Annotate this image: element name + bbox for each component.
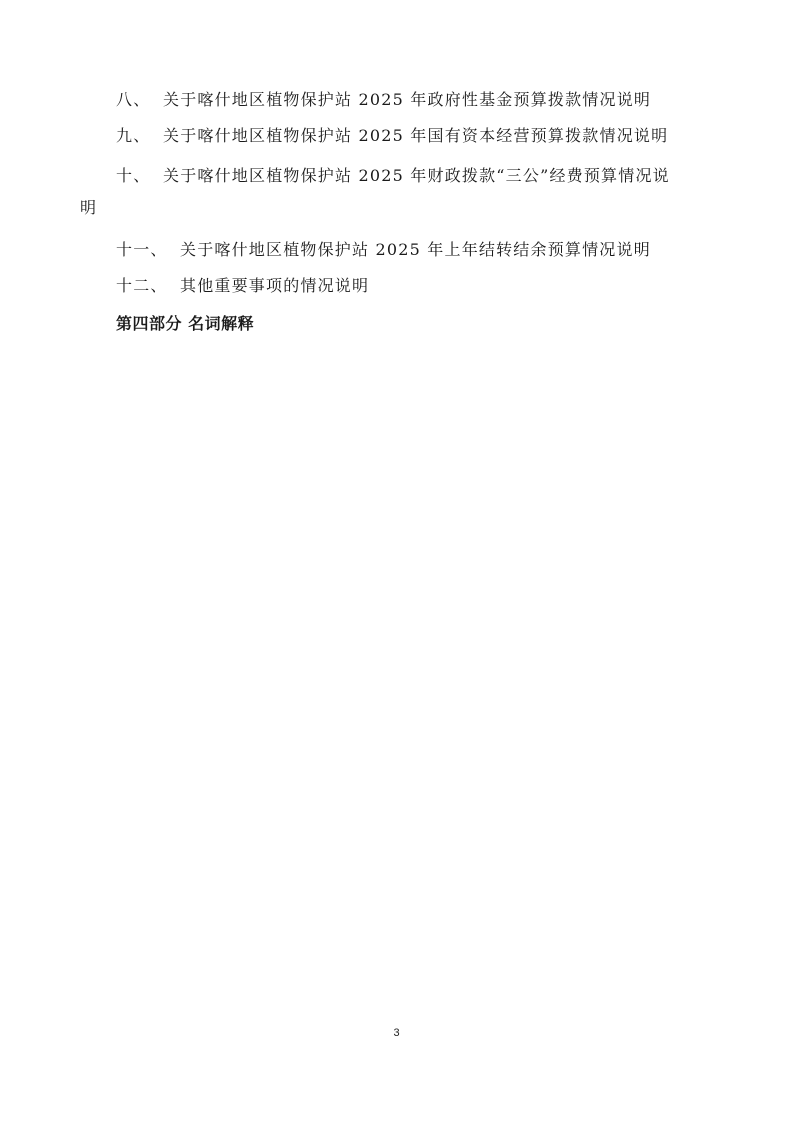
toc-item-text: 关于喀什地区植物保护站 2025 年财政拨款“三公”经费预算情况说: [163, 166, 670, 185]
toc-item-text: 其他重要事项的情况说明: [180, 276, 369, 295]
toc-item-9: 九、关于喀什地区植物保护站 2025 年国有资本经营预算拨款情况说明: [116, 126, 668, 146]
toc-item-number: 十二、: [116, 276, 180, 296]
toc-item-10: 十、关于喀什地区植物保护站 2025 年财政拨款“三公”经费预算情况说: [116, 166, 670, 186]
toc-item-number: 九、: [116, 126, 163, 146]
toc-item-11: 十一、关于喀什地区植物保护站 2025 年上年结转结余预算情况说明: [116, 240, 651, 260]
section-heading: 第四部分 名词解释: [116, 314, 254, 334]
toc-item-text: 关于喀什地区植物保护站 2025 年国有资本经营预算拨款情况说明: [163, 126, 668, 145]
page-number: 3: [0, 1027, 793, 1039]
toc-item-text: 关于喀什地区植物保护站 2025 年政府性基金预算拨款情况说明: [163, 90, 651, 109]
document-page: 八、关于喀什地区植物保护站 2025 年政府性基金预算拨款情况说明 九、关于喀什…: [0, 0, 793, 1122]
toc-item-number: 八、: [116, 90, 163, 110]
toc-item-text: 关于喀什地区植物保护站 2025 年上年结转结余预算情况说明: [180, 240, 651, 259]
toc-item-number: 十一、: [116, 240, 180, 260]
toc-item-number: 十、: [116, 166, 163, 186]
toc-item-10-continuation: 明: [80, 198, 97, 218]
toc-item-8: 八、关于喀什地区植物保护站 2025 年政府性基金预算拨款情况说明: [116, 90, 651, 110]
toc-item-12: 十二、其他重要事项的情况说明: [116, 276, 369, 296]
